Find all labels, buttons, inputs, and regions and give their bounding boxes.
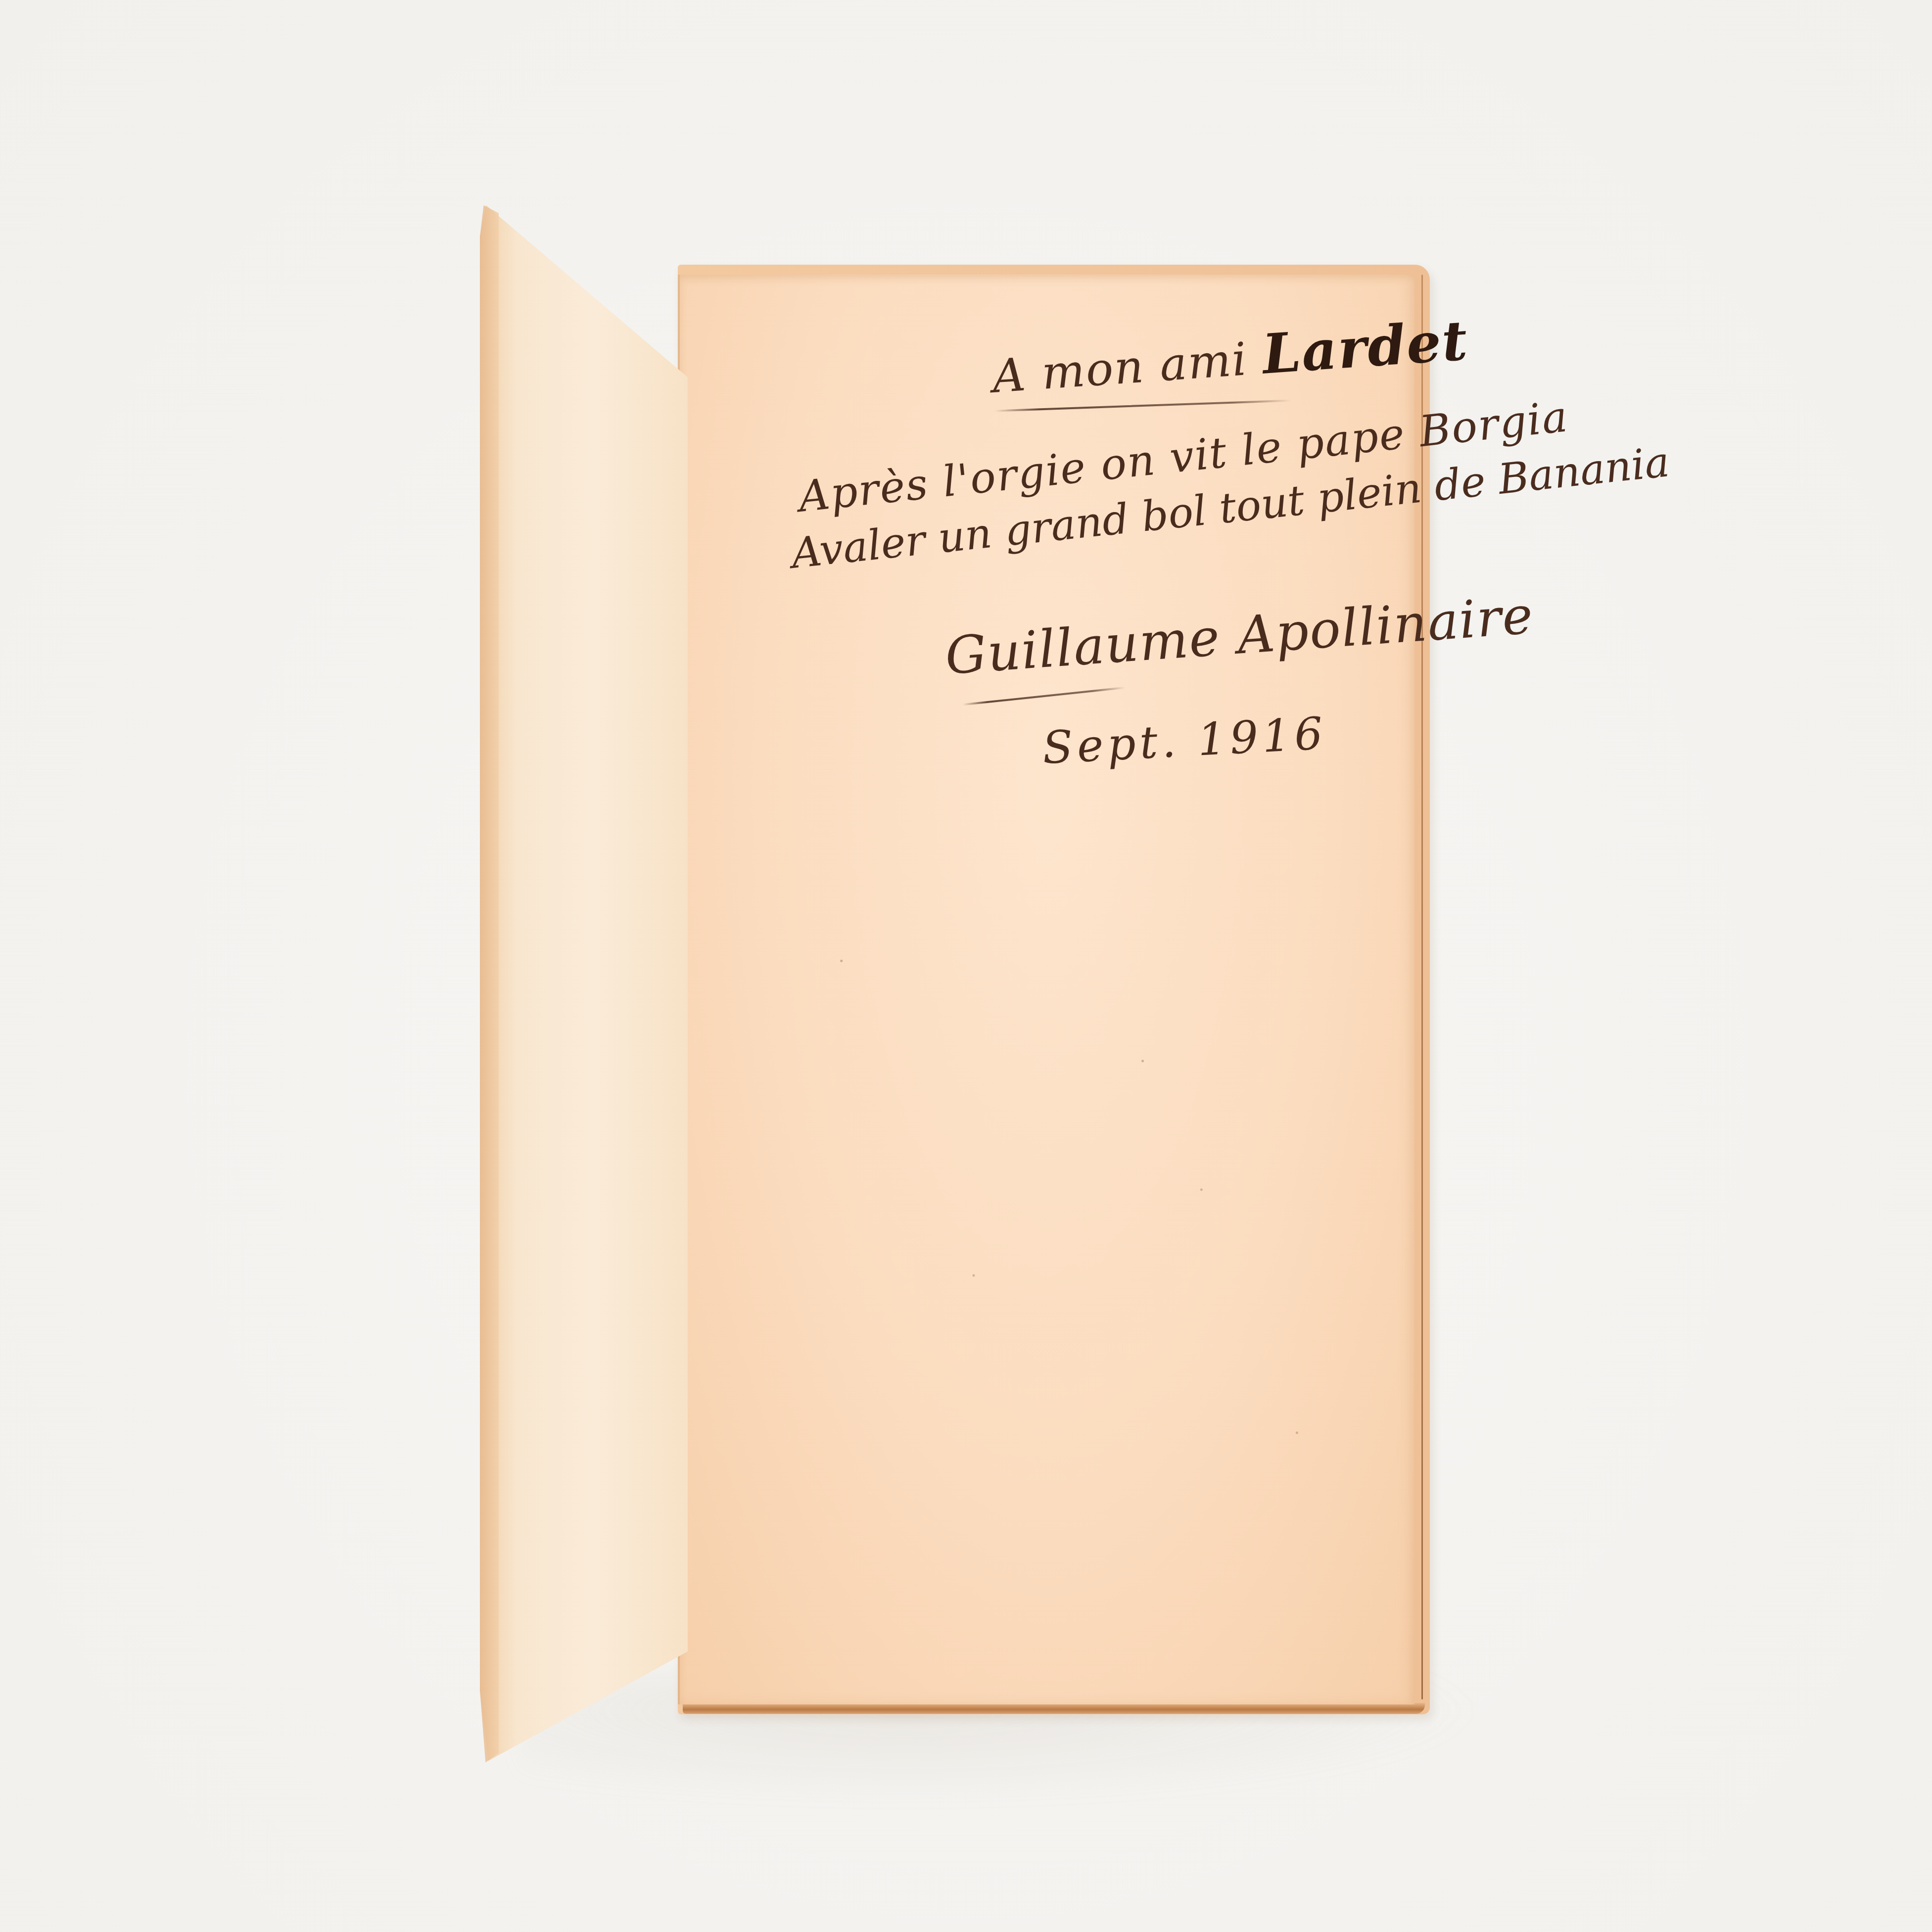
cover-flap-spine-edge — [480, 205, 499, 1769]
cover-flap — [480, 205, 688, 1769]
page-block-bottom-edge — [683, 1703, 1425, 1714]
